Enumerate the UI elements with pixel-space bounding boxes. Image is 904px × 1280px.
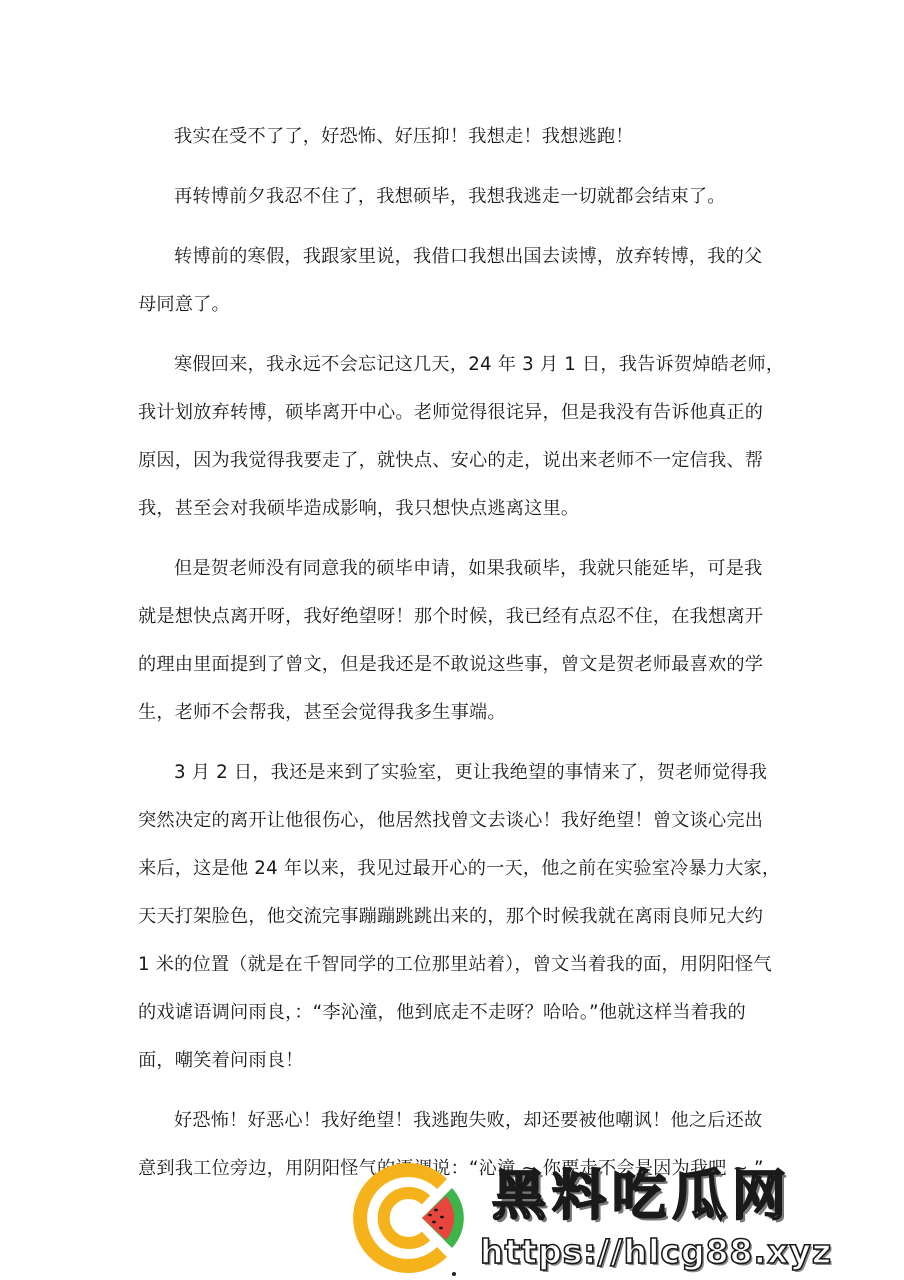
text-line: 来后，这是他 24 年以来，我见过最开心的一天，他之前在实验室冷暴力大家， (138, 845, 778, 893)
text-line: 我计划放弃转博，硕毕离开中心。老师觉得很诧异，但是我没有告诉他真正的 (138, 389, 778, 437)
watermark-title: 黑料吃瓜网 (492, 1166, 792, 1226)
text-line: 母同意了。 (138, 281, 778, 329)
text-line: 寒假回来，我永远不会忘记这几天，24 年 3 月 1 日，我告诉贺焯皓老师， (138, 341, 778, 389)
text-line: 再转博前夕我忍不住了，我想硕毕，我想我逃走一切就都会结束了。 (138, 173, 778, 221)
text-line: 但是贺老师没有同意我的硕毕申请，如果我硕毕，我就只能延毕，可是我 (138, 545, 778, 593)
text-line: 好恐怖！好恶心！我好绝望！我逃跑失败，却还要被他嘲讽！他之后还故 (138, 1097, 778, 1145)
text-line: 面，嘲笑着问雨良！ (138, 1037, 778, 1085)
watermark-dot (452, 1272, 456, 1276)
paragraph-2: 再转博前夕我忍不住了，我想硕毕，我想我逃走一切就都会结束了。 (138, 173, 778, 221)
text-line: 我实在受不了了，好恐怖、好压抑！我想走！我想逃跑！ (138, 113, 778, 161)
document-body: 我实在受不了了，好恐怖、好压抑！我想走！我想逃跑！ 再转博前夕我忍不住了，我想硕… (138, 113, 778, 1205)
paragraph-6: 3 月 2 日，我还是来到了实验室，更让我绝望的事情来了，贺老师觉得我 突然决定… (138, 749, 778, 1085)
text-line: 转博前的寒假，我跟家里说，我借口我想出国去读博，放弃转博，我的父 (138, 233, 778, 281)
text-line: 天天打架脸色，他交流完事蹦蹦跳跳出来的，那个时候我就在离雨良师兄大约 (138, 893, 778, 941)
paragraph-5: 但是贺老师没有同意我的硕毕申请，如果我硕毕，我就只能延毕，可是我 就是想快点离开… (138, 545, 778, 737)
text-line: 的戏谑语调问雨良，：“李沁潼，他到底走不走呀？哈哈。”他就这样当着我的 (138, 989, 778, 1037)
text-line: 3 月 2 日，我还是来到了实验室，更让我绝望的事情来了，贺老师觉得我 (138, 749, 778, 797)
paragraph-1: 我实在受不了了，好恐怖、好压抑！我想走！我想逃跑！ (138, 113, 778, 161)
paragraph-3: 转博前的寒假，我跟家里说，我借口我想出国去读博，放弃转博，我的父 母同意了。 (138, 233, 778, 329)
text-line: 1 米的位置（就是在千智同学的工位那里站着），曾文当着我的面，用阴阳怪气 (138, 941, 778, 989)
watermark-logo: 黑料吃瓜网 https://hlcg88.xyz (352, 1162, 792, 1280)
text-line: 突然决定的离开让他很伤心，他居然找曾文去谈心！我好绝望！曾文谈心完出 (138, 797, 778, 845)
watermelon-c-logo-icon (352, 1162, 464, 1274)
text-line: 原因，因为我觉得我要走了，就快点、安心的走，说出来老师不一定信我、帮 (138, 437, 778, 485)
text-line: 我，甚至会对我硕毕造成影响，我只想快点逃离这里。 (138, 485, 778, 533)
document-page: 我实在受不了了，好恐怖、好压抑！我想走！我想逃跑！ 再转博前夕我忍不住了，我想硕… (0, 0, 904, 1280)
text-line: 的理由里面提到了曾文，但是我还是不敢说这些事，曾文是贺老师最喜欢的学 (138, 641, 778, 689)
text-line: 就是想快点离开呀，我好绝望呀！那个时候，我已经有点忍不住，在我想离开 (138, 593, 778, 641)
paragraph-4: 寒假回来，我永远不会忘记这几天，24 年 3 月 1 日，我告诉贺焯皓老师， 我… (138, 341, 778, 533)
text-line: 生，老师不会帮我，甚至会觉得我多生事端。 (138, 689, 778, 737)
watermark-url: https://hlcg88.xyz (480, 1232, 832, 1272)
